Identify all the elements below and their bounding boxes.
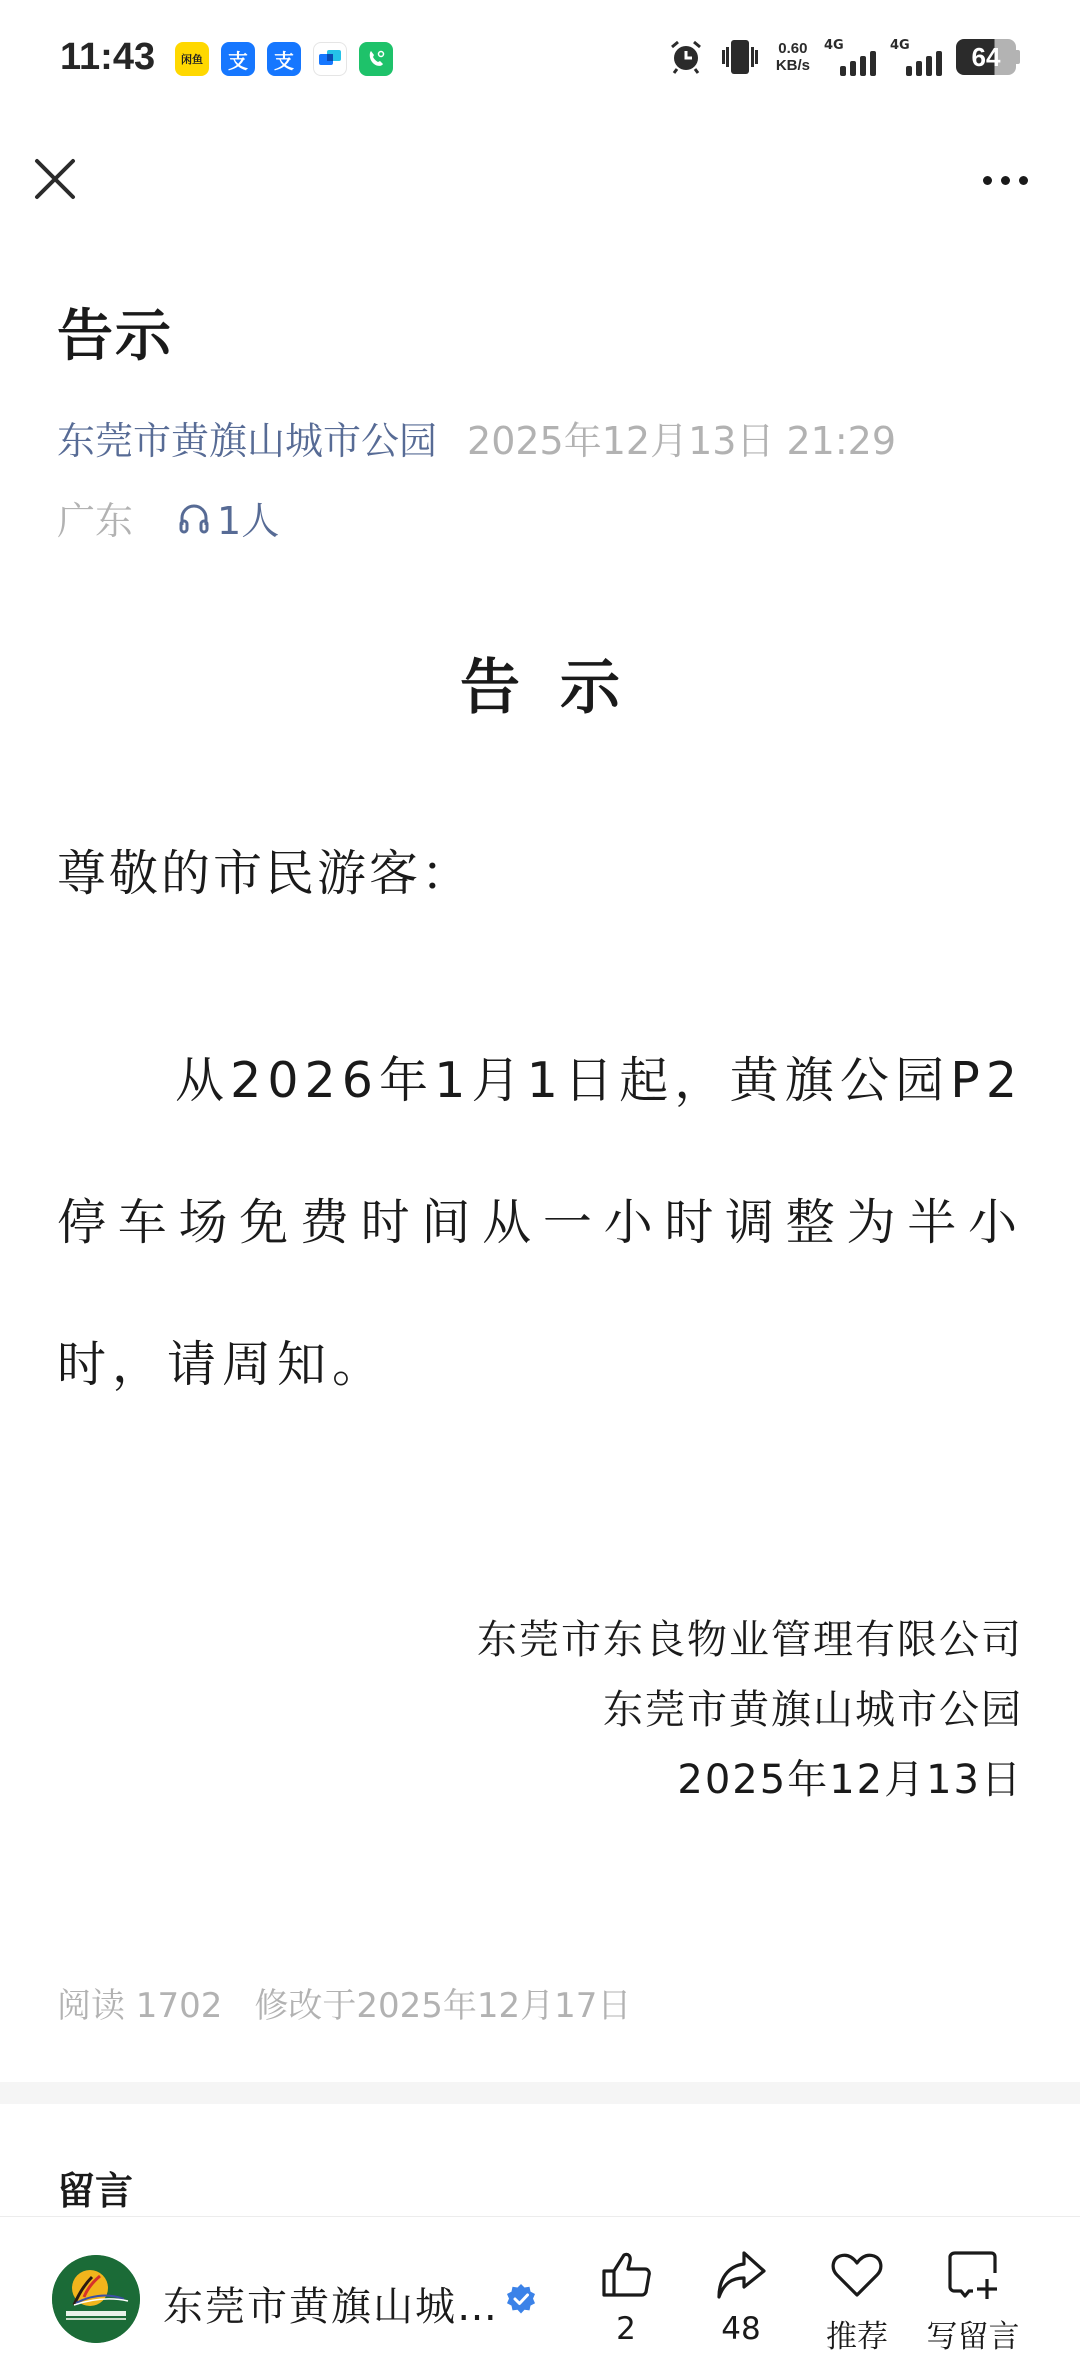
signature-park: 东莞市黄旗山城市公园 xyxy=(477,1675,1023,1745)
park-logo-icon xyxy=(52,2255,140,2343)
share-icon xyxy=(714,2249,768,2301)
notice-heading: 告示 xyxy=(0,640,1080,726)
notification-icons: 闲鱼 支 支 xyxy=(175,42,393,76)
write-comment-button[interactable]: 写留言 xyxy=(918,2245,1028,2356)
salutation: 尊敬的市民游客： xyxy=(57,835,473,905)
alipay-app-icon: 支 xyxy=(221,42,255,76)
publish-time: 2025年12月13日 21:29 xyxy=(467,410,896,465)
listener-count: 1人 xyxy=(217,490,279,545)
signal-sim2-icon: 4G xyxy=(890,38,942,76)
region-label: 广东 xyxy=(57,490,133,545)
verified-badge-icon xyxy=(505,2283,537,2315)
more-icon xyxy=(983,176,992,185)
notice-body: 从2026年1月1日起，黄旗公园P2停车场免费时间从一小时调整为半小时，请周知。 xyxy=(57,1010,1023,1436)
bottom-action-bar: 东莞市黄旗山城… 2 48 推荐 写留言 xyxy=(0,2216,1080,2376)
status-bar: 11:43 闲鱼 支 支 0.60 KB/s 4G 4G 64 xyxy=(0,0,1080,120)
account-name[interactable]: 东莞市黄旗山城… xyxy=(163,2275,499,2332)
account-avatar[interactable] xyxy=(52,2255,140,2343)
signature-company: 东莞市东良物业管理有限公司 xyxy=(477,1605,1023,1675)
listen-button[interactable]: 1人 xyxy=(177,490,279,545)
close-icon xyxy=(30,152,80,204)
phone-app-icon xyxy=(359,42,393,76)
alipay-app-icon: 支 xyxy=(267,42,301,76)
headphones-icon xyxy=(177,501,211,535)
alarm-icon xyxy=(668,39,704,75)
network-speed: 0.60 KB/s xyxy=(776,40,810,74)
signature-block: 东莞市东良物业管理有限公司 东莞市黄旗山城市公园 2025年12月13日 xyxy=(477,1605,1023,1815)
write-comment-label: 写留言 xyxy=(918,2311,1028,2356)
thumbs-up-icon xyxy=(600,2249,652,2301)
article-meta-secondary: 广东 1人 xyxy=(57,490,279,545)
recommend-label: 推荐 xyxy=(802,2311,912,2356)
signature-date: 2025年12月13日 xyxy=(477,1745,1023,1815)
like-button[interactable]: 2 xyxy=(571,2245,681,2347)
signal-sim1-icon: 4G xyxy=(824,38,876,76)
section-divider xyxy=(0,2082,1080,2104)
article-meta: 东莞市黄旗山城市公园 2025年12月13日 21:29 xyxy=(57,410,896,465)
comment-add-icon xyxy=(945,2249,1001,2301)
recommend-button[interactable]: 推荐 xyxy=(802,2245,912,2356)
modified-date: 修改于2025年12月17日 xyxy=(254,1978,631,2027)
chat-app-icon xyxy=(313,42,347,76)
more-options-button[interactable] xyxy=(970,160,1040,200)
heart-icon xyxy=(830,2251,884,2299)
system-indicators: 0.60 KB/s 4G 4G 64 xyxy=(668,38,1020,76)
author-link[interactable]: 东莞市黄旗山城市公园 xyxy=(57,410,437,465)
share-count: 48 xyxy=(686,2311,796,2347)
xianyu-app-icon: 闲鱼 xyxy=(175,42,209,76)
like-count: 2 xyxy=(571,2311,681,2347)
vibrate-icon xyxy=(718,38,762,76)
article-stats: 阅读 1702 修改于2025年12月17日 xyxy=(57,1978,631,2027)
article-title: 告示 xyxy=(57,292,173,372)
share-button[interactable]: 48 xyxy=(686,2245,796,2347)
status-time: 11:43 xyxy=(60,36,155,79)
read-count: 阅读 1702 xyxy=(57,1978,222,2027)
close-button[interactable] xyxy=(30,152,80,204)
battery-icon: 64 xyxy=(956,39,1020,75)
comments-title: 留言 xyxy=(57,2160,133,2215)
